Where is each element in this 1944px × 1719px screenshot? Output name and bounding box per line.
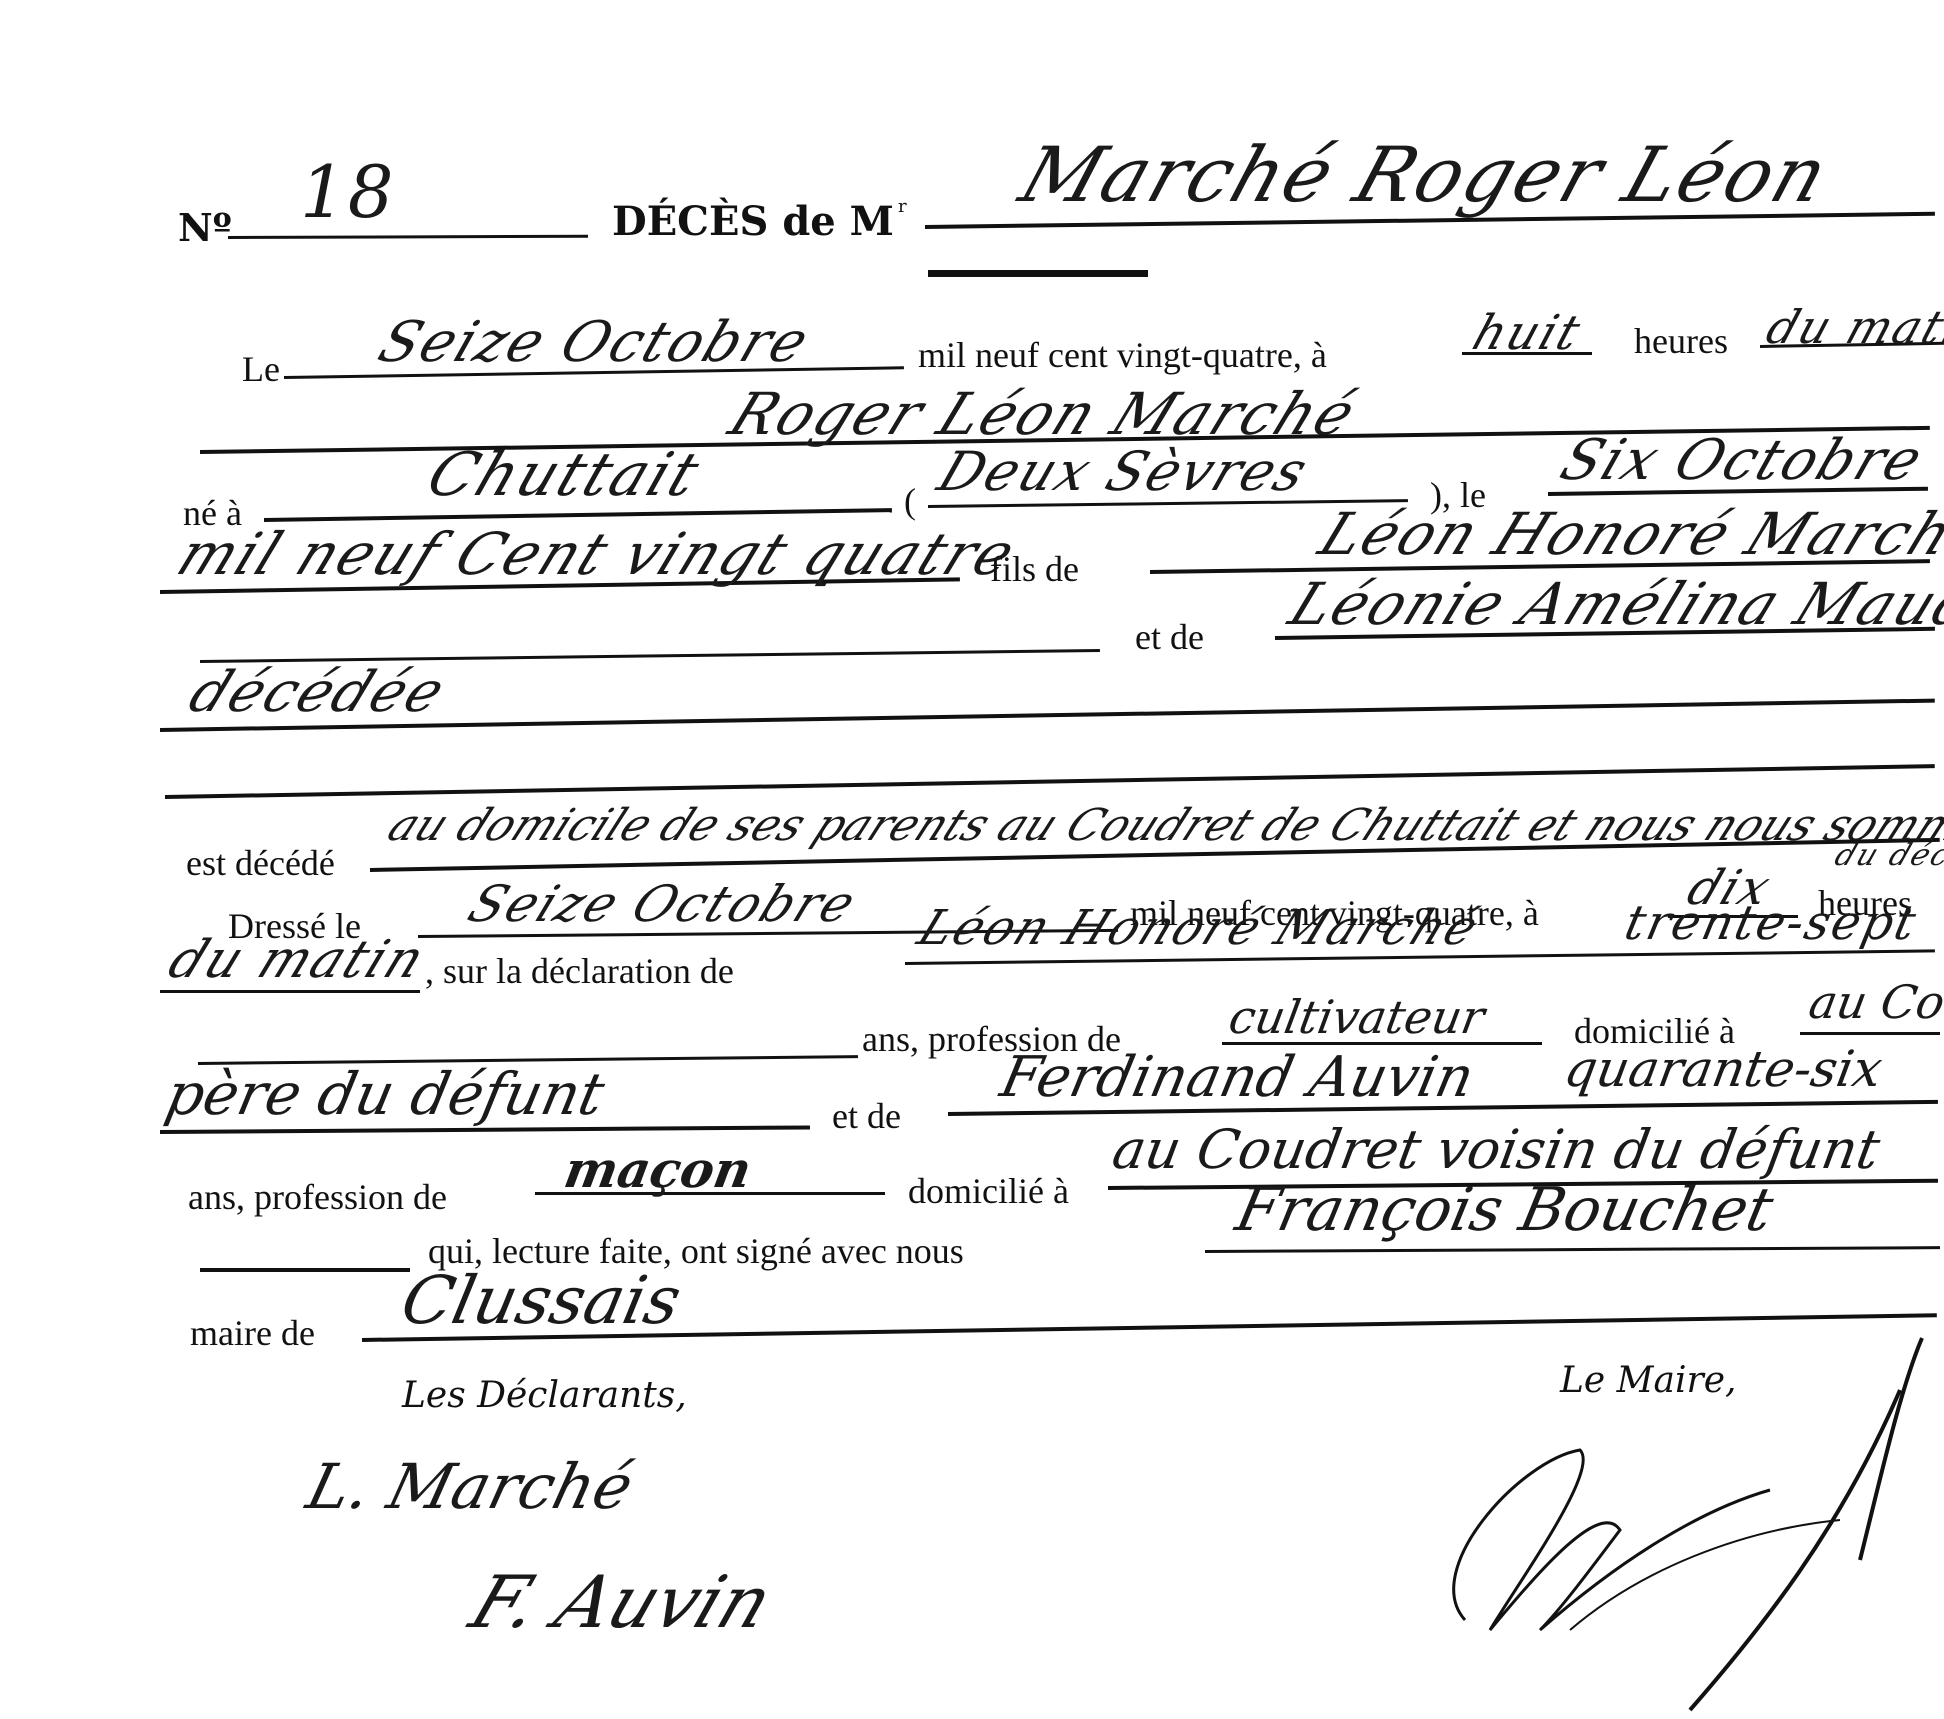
blank-underline-2 bbox=[165, 764, 1935, 799]
birthplace: Chuttait bbox=[418, 440, 710, 510]
margin-note: du décès bbox=[1830, 838, 1944, 873]
birth-year: mil neuf Cent vingt quatre bbox=[168, 520, 1027, 588]
death-place: au domicile de ses parents au Coudret de… bbox=[380, 800, 1944, 851]
domicile1-underline bbox=[1800, 1032, 1940, 1035]
commune: Clussais bbox=[395, 1262, 688, 1339]
declarant2-age: quarante-six bbox=[1560, 1040, 1887, 1098]
declarant1-signature: L. Marché bbox=[300, 1450, 640, 1523]
declarant2-profession: maçon bbox=[560, 1140, 756, 1199]
declarant1-age: trente-sept bbox=[1620, 895, 1922, 951]
years-label-2: ans, profession de bbox=[188, 1176, 447, 1218]
mayor-signature-flourish bbox=[1340, 1330, 1940, 1719]
certificate-title: DÉCÈS de M bbox=[612, 198, 894, 245]
mother-status: décédée bbox=[180, 660, 456, 725]
title-suffix: r bbox=[898, 196, 907, 217]
dept-open: ( bbox=[904, 480, 916, 522]
drawn-date: Seize Octobre bbox=[460, 875, 866, 933]
declarant2-name: Ferdinand Auvin bbox=[995, 1045, 1480, 1110]
declarant1-relation: père du défunt bbox=[160, 1060, 610, 1128]
mayor-name-underline bbox=[1205, 1246, 1940, 1253]
declarant1-name: Léon Honoré Marché bbox=[910, 900, 1488, 956]
drawn-time-of-day: du matin bbox=[160, 930, 435, 990]
death-hour: huit bbox=[1466, 305, 1589, 361]
declarant2-signature: F. Auvin bbox=[460, 1560, 784, 1644]
certificate-number: 18 bbox=[300, 150, 396, 234]
label-le: Le bbox=[242, 348, 280, 390]
number-underline bbox=[228, 235, 588, 239]
declarants-label: Les Déclarants, bbox=[402, 1375, 687, 1416]
declaration-label: , sur la déclaration de bbox=[425, 950, 734, 992]
number-label: Nº bbox=[178, 205, 232, 250]
year-text-1: mil neuf cent vingt-quatre, à bbox=[918, 334, 1327, 376]
mayor-signature: Bouchet bbox=[1480, 1470, 1498, 1471]
title-rule bbox=[928, 270, 1148, 277]
hours-label-1: heures bbox=[1634, 320, 1728, 362]
mother-name: Léonie Amélina Maudin bbox=[1280, 570, 1944, 638]
died-label: est décédé bbox=[186, 842, 335, 884]
and-of-label-1: et de bbox=[1135, 616, 1204, 658]
son-of-label: fils de bbox=[990, 548, 1079, 590]
mayor-of-label: maire de bbox=[190, 1312, 315, 1354]
department: Deux Sèvres bbox=[930, 440, 1318, 503]
declarant1-profession: cultivateur bbox=[1225, 990, 1489, 1044]
birth-date: Six Octobre bbox=[1552, 428, 1933, 493]
declarant2-domicile: au Coudret voisin du défunt bbox=[1108, 1118, 1885, 1181]
death-date: Seize Octobre bbox=[370, 310, 819, 375]
mayor-name: François Bouchet bbox=[1230, 1175, 1779, 1245]
blank-underline-4 bbox=[200, 1268, 410, 1272]
deceased-full-name: Roger Léon Marché bbox=[720, 380, 1367, 448]
domicile-label-2: domicilié à bbox=[908, 1170, 1069, 1212]
death-time-of-day: du matin bbox=[1760, 300, 1944, 354]
time-underline-2 bbox=[160, 990, 420, 993]
deceased-name: Marché Roger Léon bbox=[1010, 130, 1840, 219]
father-name: Léon Honoré Marché bbox=[1310, 500, 1944, 568]
declarant1-domicile: au Coudret bbox=[1805, 975, 1944, 1029]
and-of-label-2: et de bbox=[832, 1095, 901, 1137]
death-certificate: Nº 18 DÉCÈS de M r Marché Roger Léon Le … bbox=[0, 0, 1944, 1719]
